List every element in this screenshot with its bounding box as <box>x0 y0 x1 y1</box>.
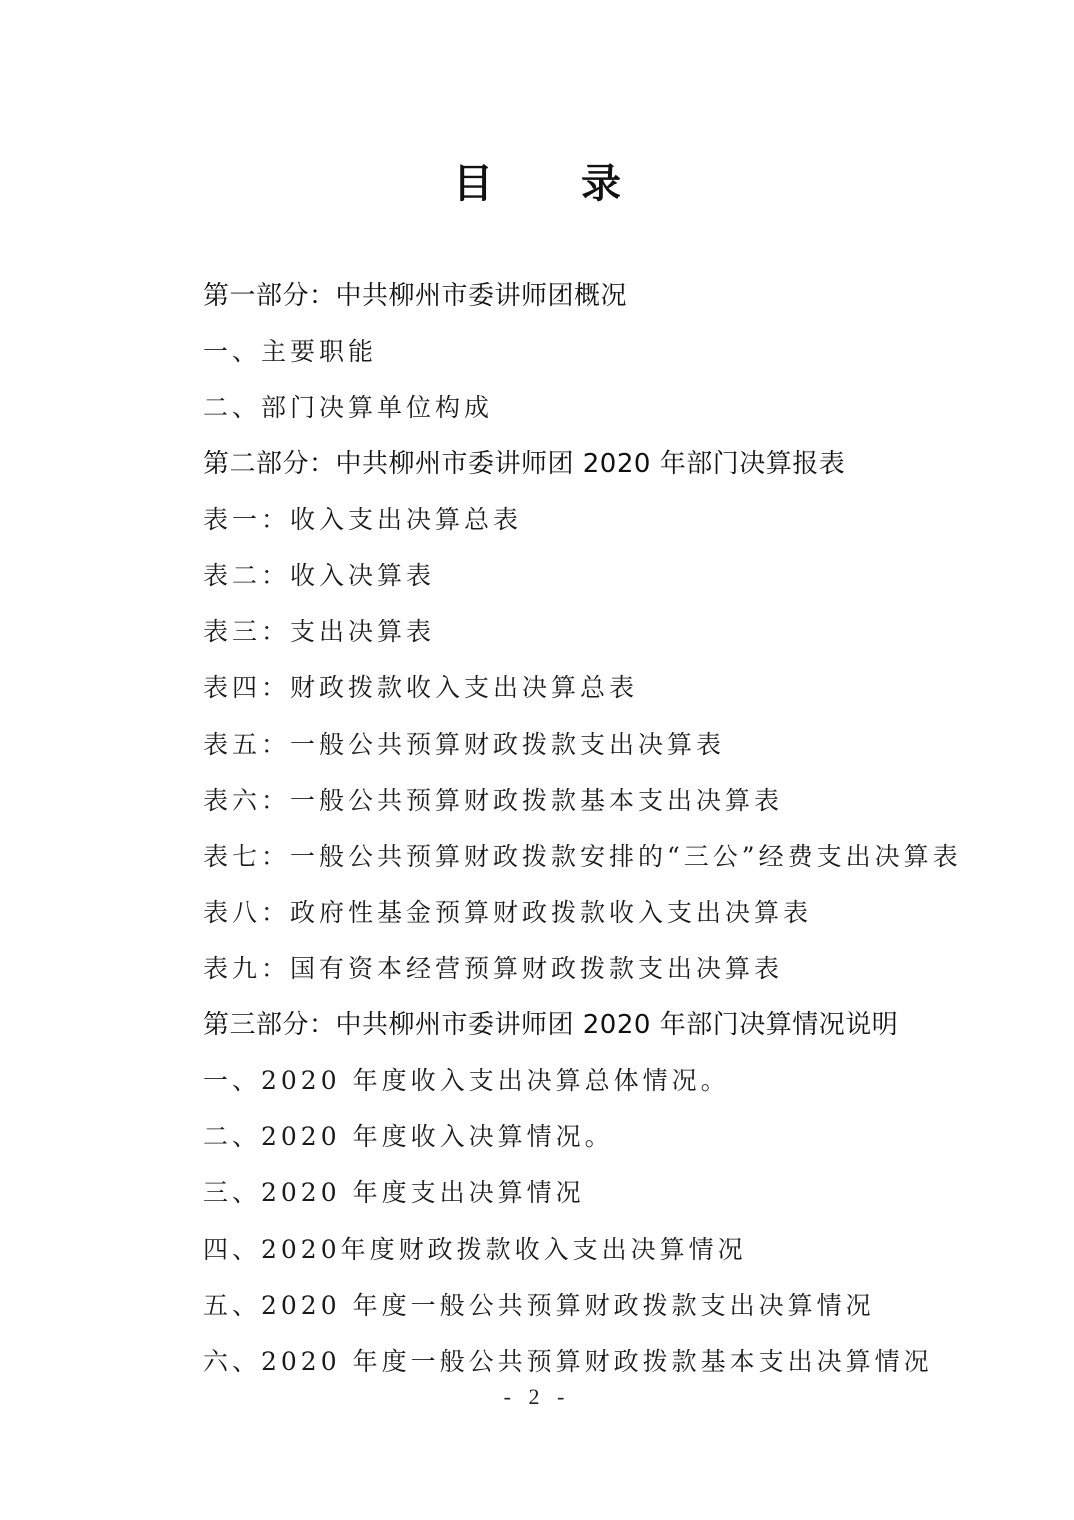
toc-item[interactable]: 二、部门决算单位构成 <box>203 388 493 428</box>
toc-item[interactable]: 四、2020年度财政拨款收入支出决算情况 <box>203 1230 747 1270</box>
toc-item[interactable]: 表九：国有资本经营预算财政拨款支出决算表 <box>203 949 783 989</box>
toc-item[interactable]: 表八：政府性基金预算财政拨款收入支出决算表 <box>203 893 812 933</box>
toc-item[interactable]: 三、2020 年度支出决算情况 <box>203 1173 585 1213</box>
title-char-1: 目 <box>453 158 493 210</box>
toc-item[interactable]: 表二：收入决算表 <box>203 556 435 596</box>
toc-item[interactable]: 一、主要职能 <box>203 332 377 372</box>
toc-item[interactable]: 二、2020 年度收入决算情况。 <box>203 1117 614 1157</box>
toc-item[interactable]: 表一：收入支出决算总表 <box>203 500 522 540</box>
toc-item[interactable]: 一、2020 年度收入支出决算总体情况。 <box>203 1061 730 1101</box>
toc-item[interactable]: 表四：财政拨款收入支出决算总表 <box>203 668 638 708</box>
page-number: - 2 - <box>0 1384 1074 1410</box>
toc-item[interactable]: 表七：一般公共预算财政拨款安排的“三公”经费支出决算表 <box>203 837 962 877</box>
toc-part-3-heading[interactable]: 第三部分：中共柳州市委讲师团 2020 年部门决算情况说明 <box>203 1005 898 1045</box>
toc-item[interactable]: 六、2020 年度一般公共预算财政拨款基本支出决算情况 <box>203 1342 933 1382</box>
toc-item[interactable]: 表三：支出决算表 <box>203 612 435 652</box>
toc-part-2-heading[interactable]: 第二部分：中共柳州市委讲师团 2020 年部门决算报表 <box>203 444 845 484</box>
toc-item[interactable]: 表五：一般公共预算财政拨款支出决算表 <box>203 725 725 765</box>
title-char-2: 录 <box>581 158 621 210</box>
toc-item[interactable]: 五、2020 年度一般公共预算财政拨款支出决算情况 <box>203 1286 875 1326</box>
page-title: 目录 <box>0 158 1074 210</box>
document-page: 目录 第一部分：中共柳州市委讲师团概况 一、主要职能 二、部门决算单位构成 第二… <box>0 0 1074 1520</box>
toc-item[interactable]: 表六：一般公共预算财政拨款基本支出决算表 <box>203 781 783 821</box>
toc-part-1-heading[interactable]: 第一部分：中共柳州市委讲师团概况 <box>203 276 627 316</box>
